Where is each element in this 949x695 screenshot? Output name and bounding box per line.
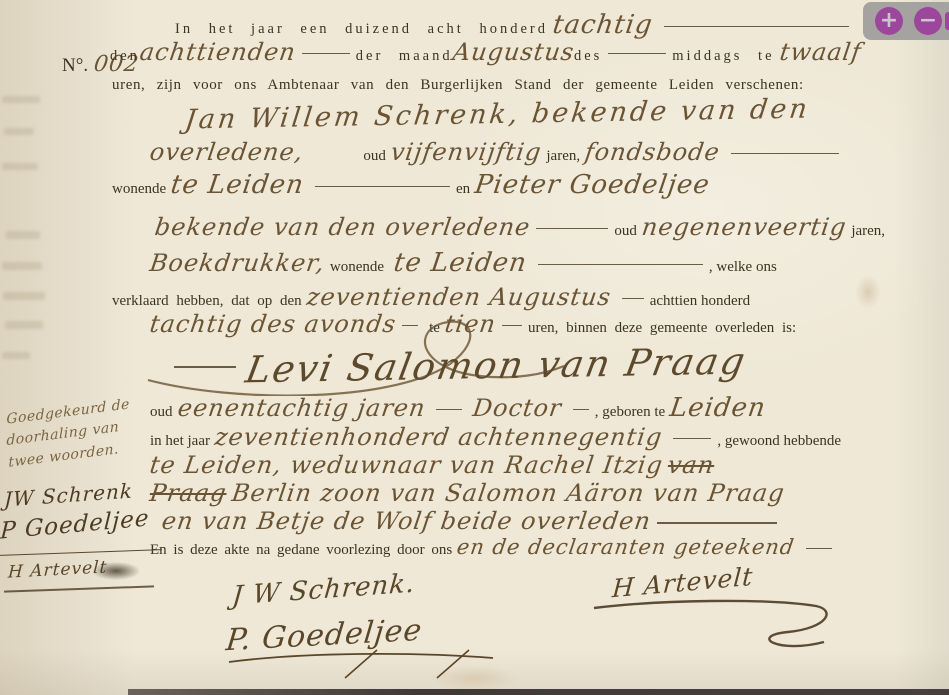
handwritten-segment: fondsbode (583, 138, 722, 166)
printed-segment: der maand (356, 48, 453, 65)
handwritten-segment: Berlin zoon van Salomon Aäron van Praag (230, 479, 787, 507)
printed-segment: jaren, (851, 223, 885, 240)
printed-segment: oud (150, 404, 173, 421)
printed-segment: achttien honderd (650, 293, 750, 310)
printed-segment: wonende (112, 181, 166, 198)
margin-signature-goedeljee: P Goedeljee (0, 505, 150, 544)
printed-segment: In het jaar een duizend acht honderd (175, 21, 548, 38)
zoom-out-button[interactable]: − (914, 7, 942, 35)
handwritten-segment: tachtig des avonds (148, 310, 398, 338)
handwritten-segment: zeventienhonderd achtennegentig (213, 423, 664, 451)
blank-rule (664, 23, 849, 27)
printed-segment: En is deze akte na gedane voorlezing doo… (150, 542, 452, 559)
registrar-signature: H Artevelt (611, 562, 754, 604)
form-line-year: In het jaar een duizend acht honderd tac… (175, 10, 855, 40)
form-line-officials: uren, zijn voor ons Ambtenaar van den Bu… (112, 77, 804, 94)
printed-segment: uren, zijn voor ons Ambtenaar van den Bu… (112, 77, 804, 94)
handwritten-segment: negenenveertig (640, 213, 848, 241)
witness-signature-goedeljee: P. Goedeljee (224, 613, 424, 659)
deceased-name: Levi Salomon van Praag (242, 340, 750, 392)
printed-segment: te (429, 320, 440, 337)
printed-segment: , gewoond hebbende (717, 433, 841, 450)
form-line-deceased-age: oud eenentachtig jaren Doctor , geboren … (150, 393, 771, 423)
handwritten-segment: tien (443, 310, 498, 338)
blank-rule (315, 183, 450, 187)
paper-stain (430, 665, 520, 691)
printed-segment: oud (363, 148, 386, 165)
blank-rule (673, 435, 711, 439)
ink-flourish (0, 549, 162, 556)
handwritten-segment: te Leiden, weduwnaar van Rachel Itzig (148, 451, 665, 479)
document-scan: N°. 002 In het jaar een duizend acht hon… (0, 0, 949, 695)
blank-rule (436, 406, 462, 410)
blank-rule (573, 406, 589, 410)
printed-segment: , welke ons (709, 259, 777, 276)
blank-rule (806, 545, 832, 549)
handwritten-segment: Augustus (451, 38, 576, 66)
printed-segment: jaren, (546, 148, 580, 165)
form-line-declarant1-residence: wonende te Leiden en Pieter Goedeljee (112, 170, 715, 200)
handwritten-segment: tachtig (551, 10, 655, 40)
plus-icon: + (880, 8, 898, 33)
printed-segment: uren, binnen deze gemeente overleden is: (528, 320, 796, 337)
bleed-through-mark (5, 321, 43, 329)
form-line-mother: en van Betje de Wolf beide overleden (162, 507, 783, 535)
record-number-label: N°. (62, 55, 88, 77)
margin-signature-schrenk: JW Schrenk (4, 478, 134, 511)
ink-flourish (4, 585, 154, 592)
blank-rule (502, 322, 522, 326)
form-line-deceased-name: Levi Salomon van Praag (168, 344, 750, 387)
bleed-through-mark (3, 292, 45, 300)
blank-rule (402, 322, 418, 326)
blank-rule (608, 50, 666, 54)
form-line-declarant2-residence: Boekdrukker, wonende te Leiden , welke o… (150, 248, 777, 278)
printed-segment: , geboren te (595, 404, 665, 421)
form-line-death-time: tachtig des avonds te tien uren, binnen … (150, 310, 796, 338)
blank-rule (622, 295, 644, 299)
handwritten-segment: achttienden (138, 38, 298, 66)
handwritten-segment: Pieter Goedeljee (473, 170, 712, 200)
ink-flourish (588, 598, 838, 658)
witness-signature-schrenk: J W Schrenk. (231, 568, 417, 611)
blank-rule (657, 519, 777, 524)
handwritten-segment: twaalf (778, 38, 863, 66)
printed-segment: des (574, 48, 602, 65)
form-line-declarant1-name: Jan Willem Schrenk, bekende van den (185, 94, 810, 136)
printed-segment: den (110, 48, 140, 65)
form-line-parents: Praag Berlin zoon van Salomon Aäron van … (150, 479, 789, 507)
cropped-zoom-button[interactable] (945, 12, 949, 30)
minus-icon: − (919, 8, 937, 33)
printed-segment: oud (614, 223, 637, 240)
form-line-date: den achttienden der maand Augustus des m… (110, 38, 866, 66)
handwritten-segment: en de declaranten geteekend (456, 535, 797, 559)
handwritten-segment: bekende van den overledene (153, 213, 532, 241)
handwritten-segment: te Leiden (392, 248, 529, 278)
bleed-through-mark (4, 128, 34, 135)
handwritten-segment: en van Betje de Wolf beide overleden (160, 507, 653, 535)
blank-rule (536, 225, 608, 229)
scan-edge (128, 689, 949, 695)
zoom-in-button[interactable]: + (875, 7, 903, 35)
handwritten-segment: vijfenvijftig (389, 138, 543, 166)
handwritten-segment: Jan Willem Schrenk, bekende van den (183, 94, 812, 136)
blank-rule (174, 363, 236, 368)
paper-stain (855, 275, 881, 309)
blank-rule (302, 50, 350, 54)
handwritten-segment: eenentachtig jaren (176, 394, 428, 422)
handwritten-segment: zeventienden Augustus (305, 283, 613, 311)
handwritten-segment: Boekdrukker, (148, 249, 327, 277)
printed-segment: en (456, 181, 470, 198)
bleed-through-mark (2, 352, 30, 359)
bleed-through-mark (6, 231, 40, 239)
bleed-through-mark (2, 262, 42, 270)
handwritten-segment: Doctor (471, 394, 564, 422)
printed-segment: verklaard hebben, dat op den (112, 293, 302, 310)
handwritten-segment: overledene, (148, 138, 305, 166)
form-line-birth-year: in het jaar zeventienhonderd achtennegen… (150, 423, 841, 451)
margin-signature-registrar: H Artevelt (8, 557, 108, 582)
form-line-death-date: verklaard hebben, dat op den zeventiende… (112, 283, 750, 311)
bleed-through-mark (2, 163, 38, 170)
bleed-through-mark (2, 96, 40, 103)
strikethrough-word: Praag (148, 479, 229, 507)
form-line-spouse: te Leiden, weduwnaar van Rachel Itzig va… (150, 451, 719, 479)
printed-segment: middags te (672, 48, 774, 65)
form-line-declarant1-age: overledene, oud vijfenvijftig jaren, fon… (150, 138, 845, 166)
form-line-declarant2-relation: bekende van den overledene oud negenenve… (155, 213, 885, 241)
zoom-controls: + − (863, 2, 949, 40)
blank-rule (538, 261, 703, 265)
handwritten-segment: te Leiden (169, 170, 306, 200)
form-line-closing: En is deze akte na gedane voorlezing doo… (150, 535, 838, 559)
blank-rule (731, 150, 839, 154)
printed-segment: wonende (330, 259, 384, 276)
printed-segment: in het jaar (150, 433, 210, 450)
handwritten-segment: Leiden (668, 393, 768, 423)
strikethrough-word: van (666, 451, 716, 479)
